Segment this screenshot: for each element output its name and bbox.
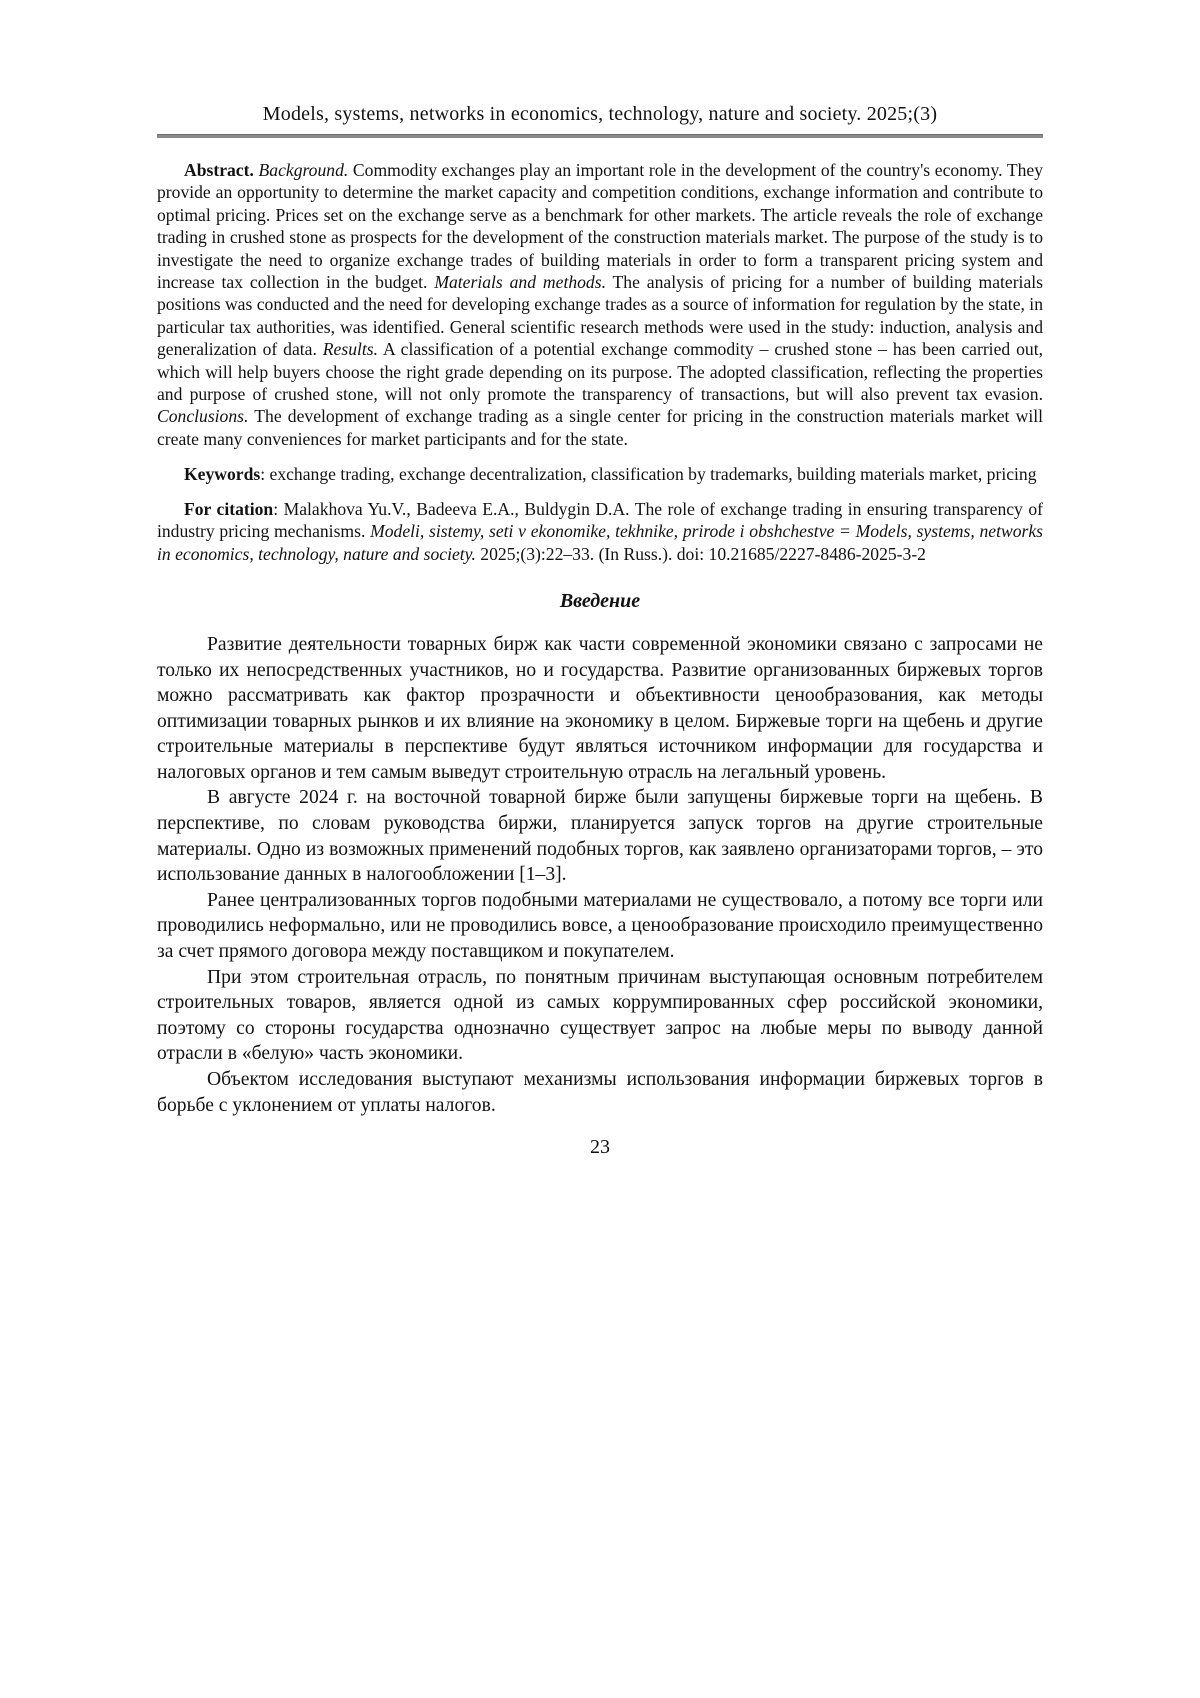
abstract-paragraph: Abstract. Background. Commodity exchange… (157, 159, 1043, 450)
introduction-paragraph: В августе 2024 г. на восточной товарной … (157, 785, 1043, 887)
page-content: Models, systems, networks in economics, … (157, 0, 1043, 1159)
introduction-paragraph: Объектом исследования выступают механизм… (157, 1067, 1043, 1118)
introduction-heading: Введение (157, 590, 1043, 613)
page-number: 23 (157, 1136, 1043, 1159)
keywords-paragraph: Keywords: exchange trading, exchange dec… (157, 463, 1043, 485)
introduction-paragraph: При этом строительная отрасль, по понятн… (157, 965, 1043, 1067)
introduction-paragraph: Развитие деятельности товарных бирж как … (157, 632, 1043, 786)
header-rule (157, 134, 1043, 138)
paper-page: Models, systems, networks in economics, … (0, 0, 1200, 1698)
citation-paragraph: For citation: Malakhova Yu.V., Badeeva E… (157, 498, 1043, 565)
introduction-body: Развитие деятельности товарных бирж как … (157, 632, 1043, 1118)
introduction-paragraph: Ранее централизованных торгов подобными … (157, 888, 1043, 965)
journal-header: Models, systems, networks in economics, … (157, 103, 1043, 134)
